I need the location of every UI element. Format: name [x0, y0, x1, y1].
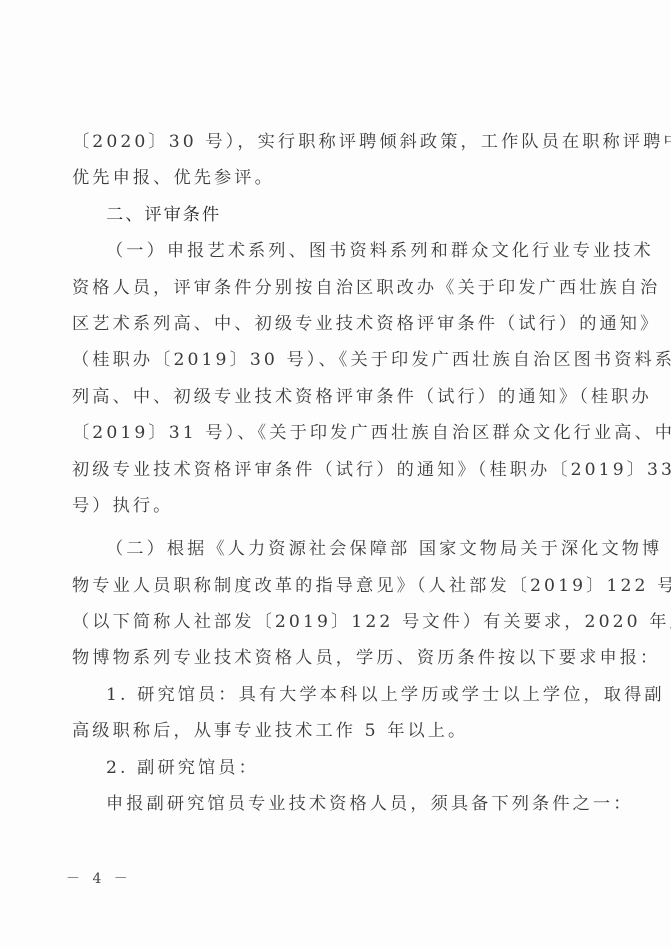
- section-heading: 二、评审条件: [72, 197, 602, 233]
- paragraph-line: 初级专业技术资格评审条件（试行）的通知》（桂职办〔2019〕33: [72, 452, 602, 488]
- paragraph-line: （以下简称人社部发〔2019〕122 号文件）有关要求，2020 年度文: [72, 604, 602, 640]
- paragraph-line: （二）根据《人力资源社会保障部 国家文物局关于深化文物博: [72, 531, 602, 567]
- paragraph-line: 列高、中、初级专业技术资格评审条件（试行）的通知》（桂职办: [72, 379, 602, 415]
- paragraph-line: 物专业人员职称制度改革的指导意见》（人社部发〔2019〕122 号）: [72, 568, 602, 604]
- paragraph-line: 高级职称后，从事专业技术工作 5 年以上。: [72, 713, 602, 749]
- paragraph-line: 申报副研究馆员专业技术资格人员，须具备下列条件之一：: [72, 786, 602, 822]
- page-number: － 4 －: [66, 868, 132, 888]
- document-body: 〔2020〕30 号），实行职称评聘倾斜政策，工作队员在职称评聘中 优先申报、优…: [72, 124, 602, 822]
- paragraph-line: 资格人员，评审条件分别按自治区职改办《关于印发广西壮族自治: [72, 270, 602, 306]
- document-page: 〔2020〕30 号），实行职称评聘倾斜政策，工作队员在职称评聘中 优先申报、优…: [0, 0, 671, 948]
- paragraph-line: 2. 副研究馆员：: [72, 750, 602, 786]
- paragraph-line: 〔2019〕31 号）、《关于印发广西壮族自治区群众文化行业高、中、: [72, 415, 602, 451]
- paragraph-line: 区艺术系列高、中、初级专业技术资格评审条件（试行）的通知》: [72, 306, 602, 342]
- paragraph-line: 优先申报、优先参评。: [72, 160, 602, 196]
- paragraph-gap: [72, 524, 602, 531]
- paragraph-line: 号）执行。: [72, 488, 602, 524]
- paragraph-line: （一）申报艺术系列、图书资料系列和群众文化行业专业技术: [72, 233, 602, 269]
- paragraph-line: 〔2020〕30 号），实行职称评聘倾斜政策，工作队员在职称评聘中: [72, 124, 602, 160]
- paragraph-line: （桂职办〔2019〕30 号）、《关于印发广西壮族自治区图书资料系: [72, 342, 602, 378]
- paragraph-line: 物博物系列专业技术资格人员，学历、资历条件按以下要求申报：: [72, 640, 602, 676]
- paragraph-line: 1. 研究馆员：具有大学本科以上学历或学士以上学位，取得副: [72, 677, 602, 713]
